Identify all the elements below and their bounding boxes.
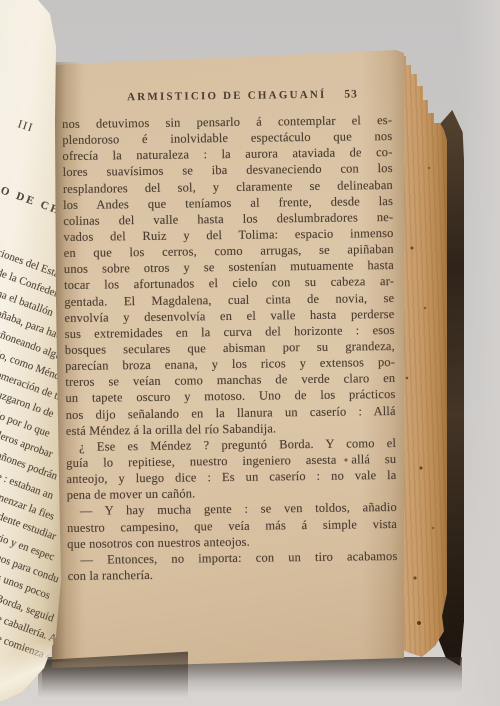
right-page: ARMISTICIO DE CHAGUANÍ 53 nos detuvimos … (52, 50, 404, 668)
photo-backdrop-right (460, 0, 500, 706)
body-text: nos detuvimos sin pensarlo á contemplar … (62, 112, 398, 584)
running-header: ARMISTICIO DE CHAGUANÍ 53 (62, 88, 392, 108)
running-header-title: ARMISTICIO DE CHAGUANÍ (62, 88, 392, 104)
left-page-section-numeral: III (16, 118, 35, 134)
left-page: III O DE CHAGUA ciones del Esta de la Co… (0, 0, 62, 706)
right-page-content: ARMISTICIO DE CHAGUANÍ 53 nos detuvimos … (48, 48, 408, 670)
page-number: 53 (344, 88, 358, 100)
body-line: con la ranchería. (68, 564, 398, 584)
book-photo: ARMISTICIO DE CHAGUANÍ 53 nos detuvimos … (0, 0, 500, 706)
foxing-spot (344, 458, 348, 462)
